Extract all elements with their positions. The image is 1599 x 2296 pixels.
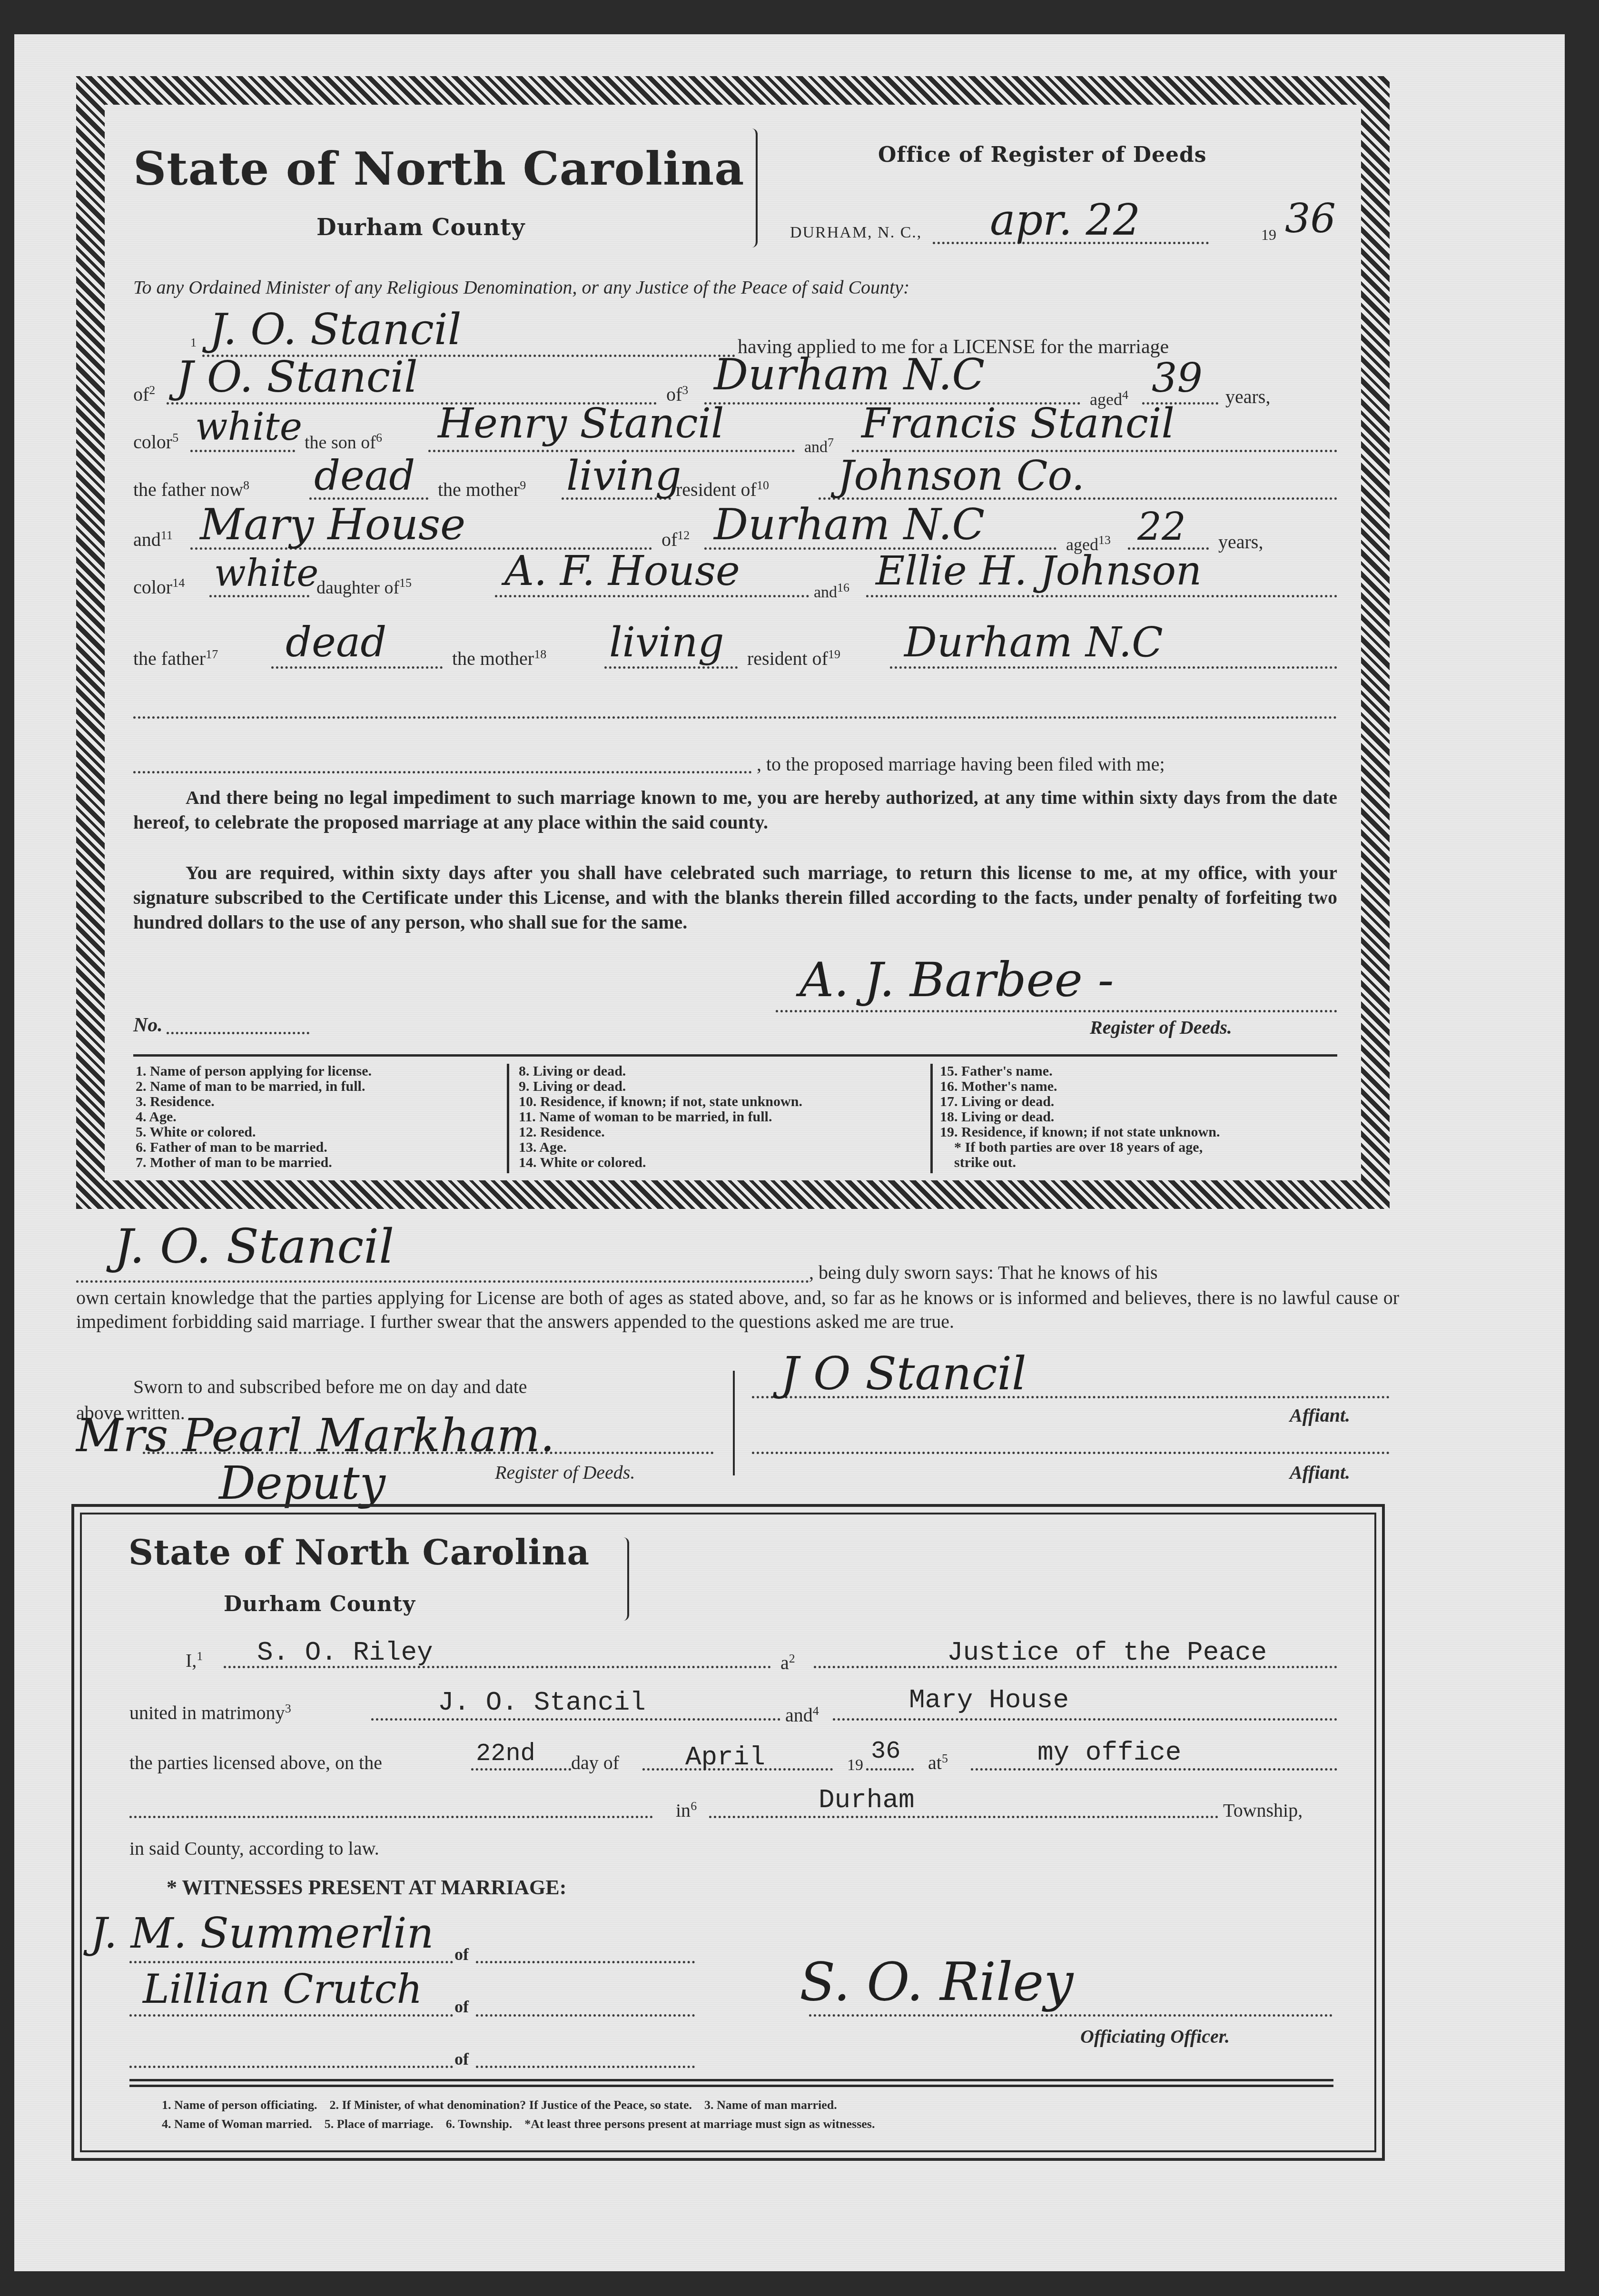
bride-field[interactable]: Mary House (909, 1685, 1069, 1715)
label-son-of: the son of6 (305, 431, 382, 453)
witness-residence-line (476, 2066, 695, 2068)
groom-father-status-field[interactable]: dead (314, 452, 415, 500)
footnotes-col2: 8. Living or dead.9. Living or dead.10. … (519, 1064, 802, 1170)
label-father: the father17 (133, 647, 218, 670)
bride-residence-field[interactable]: Durham N.C (714, 500, 985, 550)
county-title: Durham County (316, 214, 525, 241)
register-title: Register of Deeds. (1090, 1016, 1232, 1039)
label-years: years, (1225, 386, 1270, 408)
certificate-footnote-2: 4. Name of Woman married. 5. Place of ma… (162, 2117, 875, 2131)
witness-2-of: of (454, 1997, 469, 2017)
bride-color-field[interactable]: white (214, 552, 318, 595)
label-daughter-of: daughter of15 (316, 576, 412, 598)
bride-parents-residence-field[interactable]: Durham N.C (904, 619, 1163, 666)
label-a: a2 (780, 1652, 795, 1674)
groom-color-field[interactable]: white (195, 405, 302, 449)
field-line (890, 666, 1337, 669)
field-line (604, 666, 738, 669)
year-prefix: 19 (1261, 226, 1276, 244)
return-paragraph: You are required, within sixty days afte… (133, 861, 1337, 935)
label-day-of: day of (571, 1752, 619, 1774)
salutation: To any Ordained Minister of any Religiou… (133, 276, 909, 298)
year-field[interactable]: 36 (1285, 195, 1336, 242)
day-field[interactable]: 22nd (476, 1740, 535, 1768)
blank-line (133, 771, 752, 773)
field-line (866, 1768, 914, 1771)
sworn-before-text: Sworn to and subscribed before me on day… (133, 1376, 527, 1398)
officiant-name-field[interactable]: S. O. Riley (257, 1637, 433, 1668)
groom-mother-status-field[interactable]: living (566, 452, 681, 500)
affidavit-register-title: Register of Deeds. (495, 1461, 635, 1484)
year-field[interactable]: 36 (871, 1737, 900, 1765)
officer-label: Officiating Officer. (1080, 2025, 1230, 2048)
field-line (129, 1816, 653, 1818)
witness-line (129, 2014, 453, 2017)
header-brace (752, 129, 758, 247)
witness-line (129, 1961, 453, 1963)
witness-3-of: of (454, 2049, 469, 2069)
label-father-now: the father now8 (133, 478, 249, 501)
witness-1-of: of (454, 1944, 469, 1964)
witness-residence-line (476, 1961, 695, 1963)
field-line (209, 595, 309, 597)
office-title: Office of Register of Deeds (878, 143, 1207, 168)
certificate-state-title: State of North Carolina (128, 1533, 590, 1573)
label-and: and16 (814, 581, 849, 602)
signature-line (776, 1010, 1337, 1012)
officiant-title-field[interactable]: Justice of the Peace (947, 1637, 1267, 1668)
footnotes-col3: 15. Father's name.16. Mother's name.17. … (940, 1064, 1220, 1170)
bride-father-field[interactable]: A. F. House (504, 547, 740, 595)
field-line (190, 450, 295, 452)
deputy-signature: Mrs Pearl Markham. (76, 1409, 555, 1462)
certificate-county: Durham County (224, 1592, 415, 1616)
label-in: in6 (676, 1799, 697, 1821)
footnotes-col1: 1. Name of person applying for license.2… (136, 1064, 372, 1170)
field-line (833, 1718, 1337, 1721)
affiant-signature-line-2 (752, 1452, 1390, 1454)
date-field[interactable]: apr. 22 (990, 195, 1140, 245)
footnote-divider (133, 1054, 1337, 1057)
label-mother: the mother18 (452, 647, 546, 670)
field-line (971, 1768, 1337, 1771)
register-signature: A. J. Barbee - (799, 952, 1114, 1008)
label-and: and7 (804, 435, 834, 456)
footnote-column-divider (507, 1064, 509, 1173)
bride-name-field[interactable]: Mary House (200, 500, 465, 550)
sworn-text-body: own certain knowledge that the parties a… (76, 1286, 1399, 1334)
certificate-footnote-divider (129, 2079, 1333, 2081)
witnesses-heading: * WITNESSES PRESENT AT MARRIAGE: (167, 1875, 566, 1900)
certificate-brace (623, 1537, 629, 1621)
affidavit-divider (733, 1371, 735, 1475)
affiant-name-field[interactable]: J. O. Stancil (114, 1218, 394, 1274)
bride-mother-status-field[interactable]: living (609, 619, 724, 666)
label-color: color14 (133, 576, 185, 598)
place-field[interactable]: my office (1037, 1737, 1181, 1768)
authorization-paragraph: And there being no legal impediment to s… (133, 785, 1337, 835)
year-prefix: 19 (847, 1756, 863, 1774)
witness-line (129, 2066, 453, 2068)
month-field[interactable]: April (685, 1742, 765, 1772)
certificate-footnote-1: 1. Name of person officiating. 2. If Min… (162, 2098, 837, 2112)
filed-text: , to the proposed marriage having been f… (757, 753, 1165, 775)
officer-signature-line (809, 2014, 1332, 2017)
label-resident-of: resident of19 (747, 647, 840, 670)
affiant-label-2: Affiant. (1290, 1461, 1350, 1484)
township-label: Township, (1223, 1799, 1303, 1821)
field-line (866, 595, 1337, 597)
label-years: years, (1218, 531, 1263, 553)
groom-field[interactable]: J. O. Stancil (438, 1687, 646, 1718)
label-color: color5 (133, 431, 178, 453)
witness-residence-line (476, 2014, 695, 2017)
deputy-note: Deputy (219, 1456, 385, 1510)
affiant-name-line (76, 1280, 809, 1283)
place-label: DURHAM, N. C., (790, 224, 922, 242)
footnote-column-divider (930, 1064, 933, 1173)
witness-1-name[interactable]: J. M. Summerlin (90, 1909, 434, 1958)
label-mother: the mother9 (438, 478, 526, 501)
field-line (371, 1718, 780, 1721)
label-i: I,1 (186, 1649, 203, 1672)
officer-signature: S. O. Riley (799, 1951, 1073, 2012)
number-label: No. (133, 1014, 163, 1037)
ornate-border (76, 76, 1390, 1209)
bride-father-status-field[interactable]: dead (286, 619, 386, 666)
field-num: 1 (190, 336, 197, 350)
label-and-woman: and11 (133, 528, 173, 551)
field-line (709, 1816, 1218, 1818)
groom-residence-field[interactable]: Durham N.C (714, 350, 985, 400)
field-line (271, 666, 443, 669)
applicant-name-field[interactable]: J. O. Stancil (209, 305, 461, 355)
groom-mother-field[interactable]: Francis Stancil (861, 400, 1175, 447)
number-line (167, 1032, 309, 1034)
field-line (471, 1768, 571, 1771)
label-resident-of: resident of10 (676, 478, 769, 501)
label-at: at5 (928, 1752, 948, 1774)
label-licensed-above: the parties licensed above, on the (129, 1752, 382, 1774)
field-line (495, 595, 809, 597)
groom-age-field[interactable]: 39 (1152, 355, 1203, 401)
label-of: of2 (133, 383, 155, 406)
witness-2-name[interactable]: Lillian Crutch (143, 1966, 423, 2012)
affiant-label: Affiant. (1290, 1404, 1350, 1426)
certificate-footnote-divider (129, 2085, 1333, 2087)
groom-name-field[interactable]: J O. Stancil (176, 352, 418, 402)
bride-age-field[interactable]: 22 (1137, 505, 1186, 549)
bride-mother-field[interactable]: Ellie H. Johnson (876, 547, 1202, 594)
label-and: and4 (785, 1704, 819, 1726)
blank-line (133, 716, 1337, 719)
township-field[interactable]: Durham (819, 1785, 915, 1815)
label-united-in-matrimony: united in matrimony3 (129, 1702, 291, 1724)
groom-parents-residence-field[interactable]: Johnson Co. (838, 452, 1085, 500)
groom-father-field[interactable]: Henry Stancil (438, 400, 724, 447)
according-text: in said County, according to law. (129, 1837, 379, 1860)
affiant-signature: J O Stancil (780, 1347, 1027, 1400)
sworn-text-line1: , being duly sworn says: That he knows o… (809, 1261, 1158, 1284)
state-title: State of North Carolina (133, 143, 745, 195)
